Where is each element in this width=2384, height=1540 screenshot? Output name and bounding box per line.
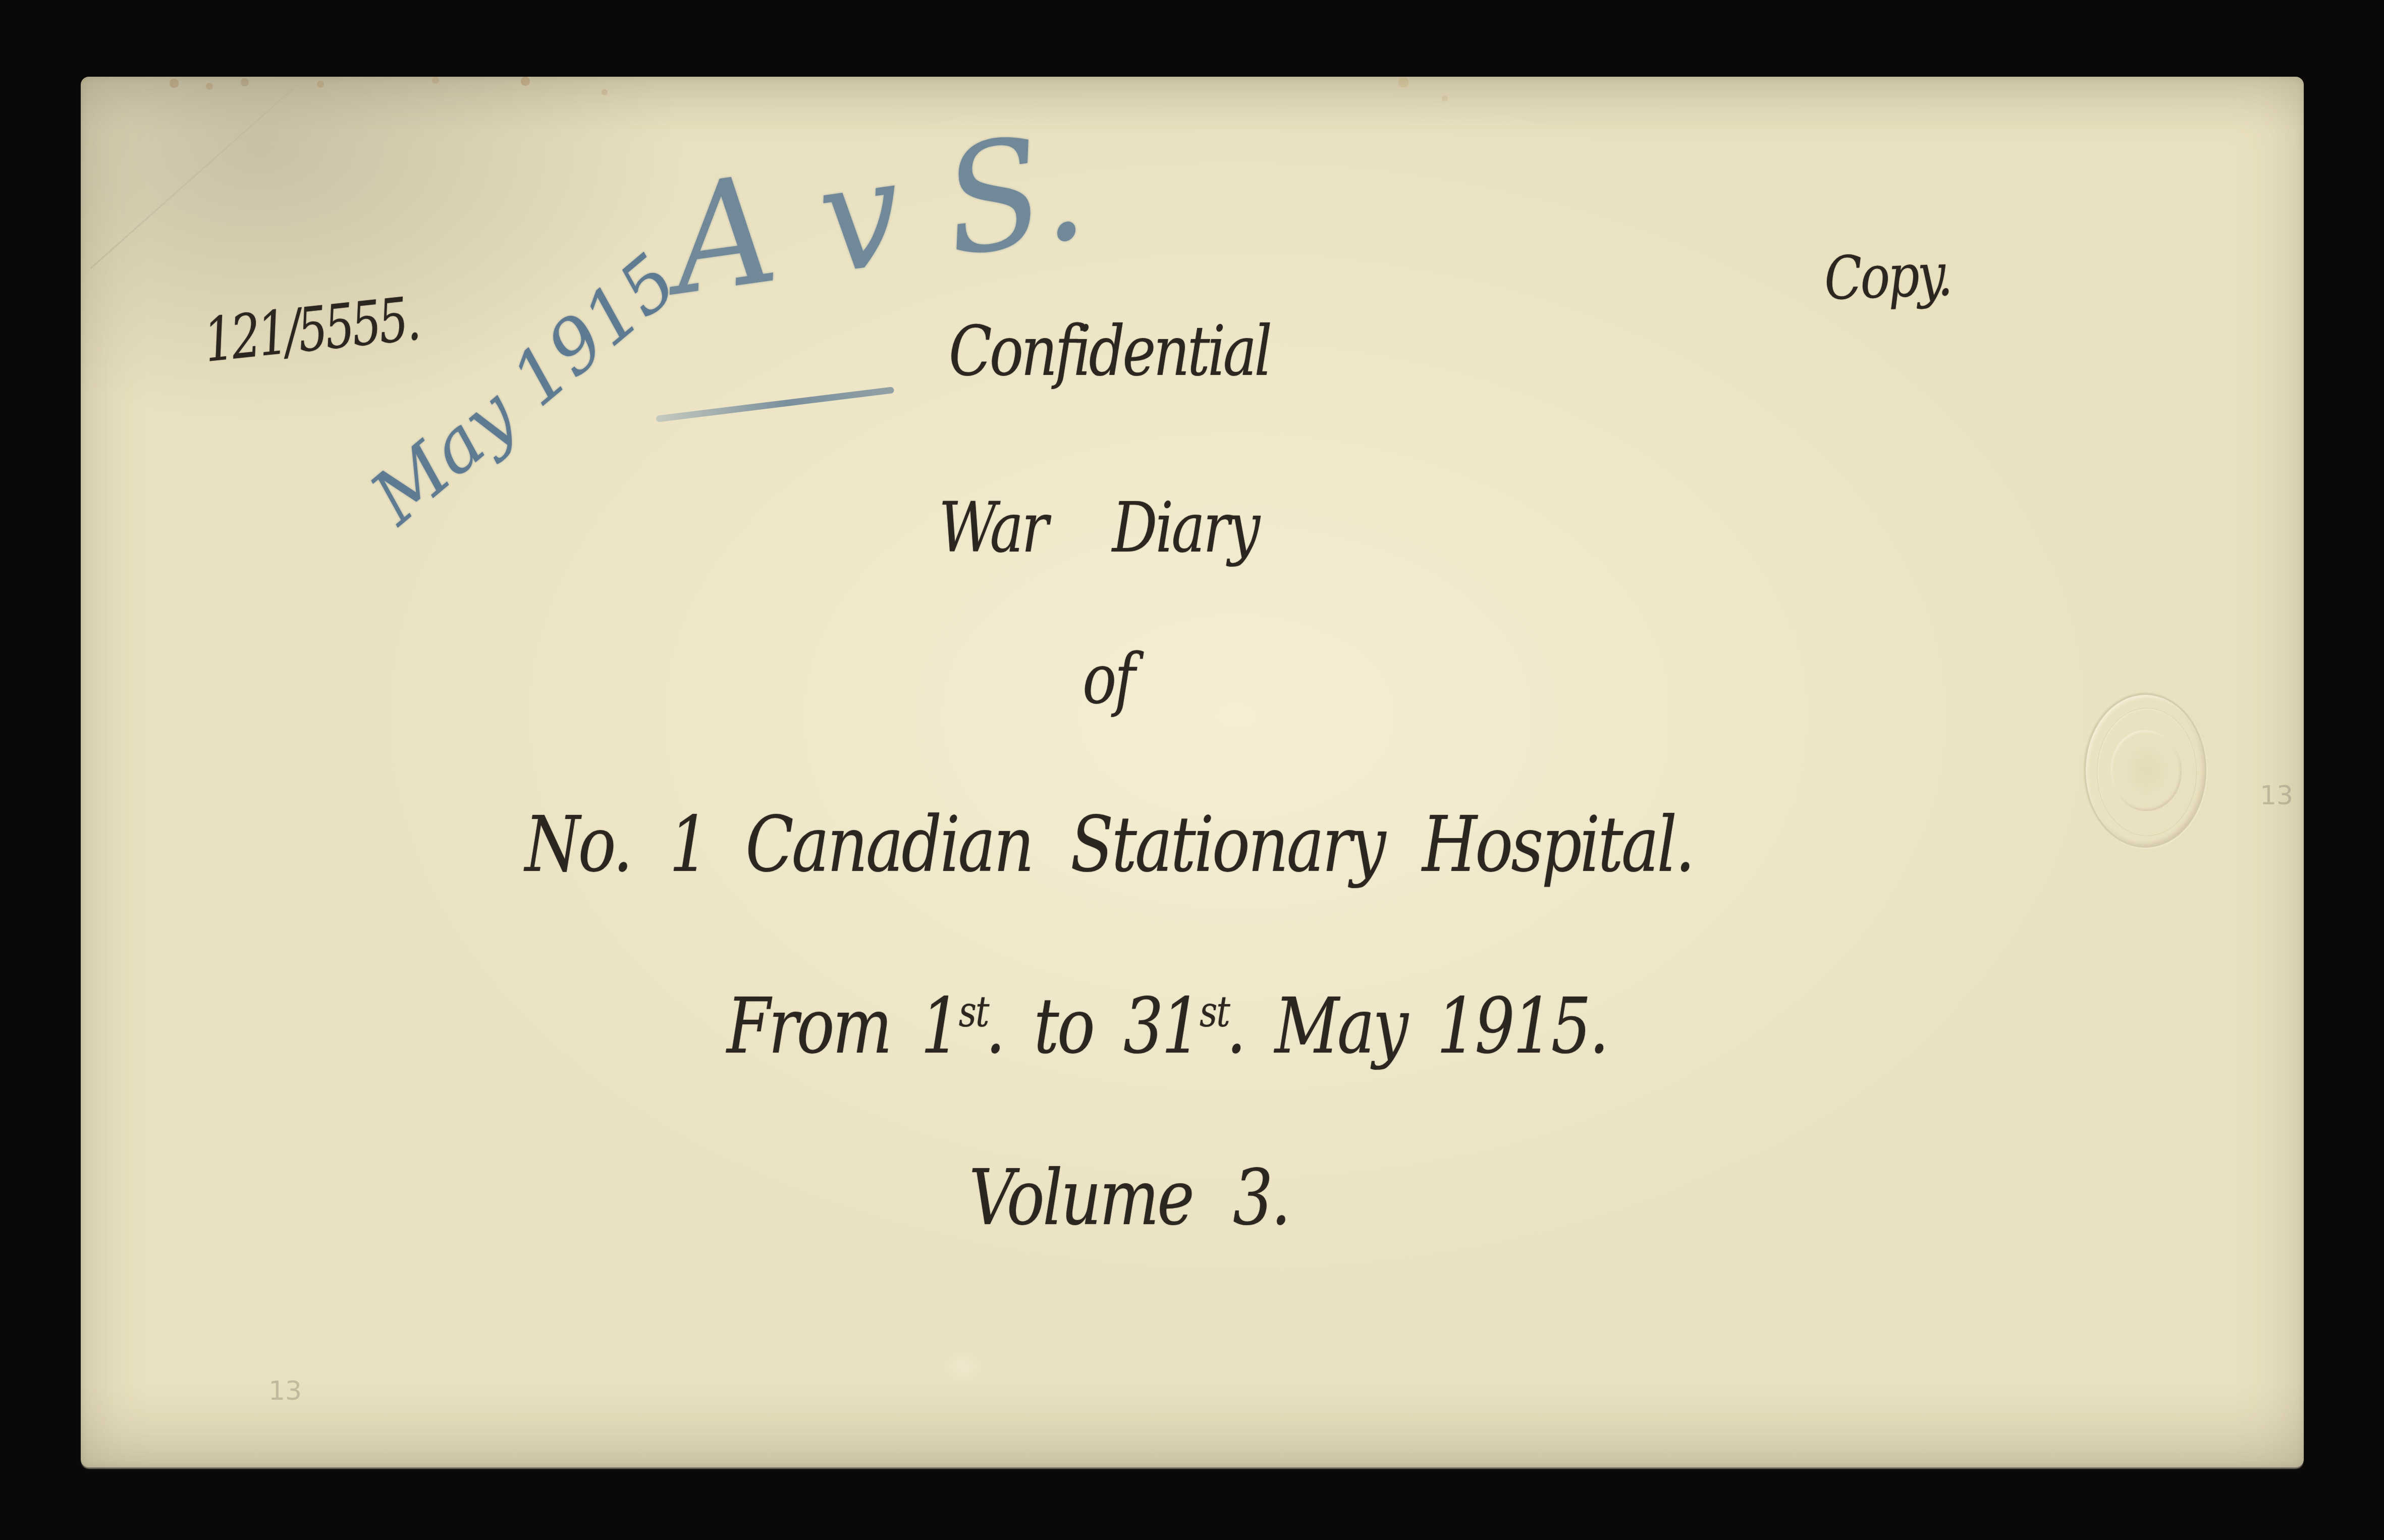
pencil-underline (656, 387, 894, 422)
copy-label: Copy. (1823, 240, 1952, 313)
date-day1: 1st. (920, 982, 1003, 1071)
embossed-royal-seal-icon (2084, 693, 2206, 848)
seal-crest (2111, 730, 2182, 811)
pencil-initials-annotation: A v S. (661, 100, 1096, 328)
date-range-line: From 1st. to 31st. May 1915. (727, 982, 1607, 1071)
reference-number: 121/5555. (201, 284, 421, 376)
document-paper: 121/5555. May 1915 A v S. Copy. Confiden… (81, 77, 2304, 1467)
confidential-heading: Confidential (949, 312, 1270, 392)
date-year: 1915. (1437, 982, 1607, 1071)
war-diary-title: War Diary (939, 488, 1258, 569)
date-day1-ordinal: st (959, 987, 989, 1037)
volume-word: Volume (969, 1153, 1193, 1243)
date-day1-period: . (986, 982, 1004, 1071)
date-day2: 31st. (1123, 982, 1244, 1071)
date-day1-number: 1 (920, 982, 959, 1071)
faint-archival-mark: 13 (2260, 781, 2293, 811)
paper-smudge (939, 1348, 987, 1385)
paper-crease (90, 83, 300, 269)
volume-number: 3. (1233, 1153, 1289, 1243)
date-day2-ordinal: st (1200, 987, 1229, 1037)
date-month-word: May (1275, 982, 1406, 1071)
of-word: of (1082, 640, 1133, 720)
date-to-word: to (1034, 982, 1093, 1071)
page-background: 121/5555. May 1915 A v S. Copy. Confiden… (0, 0, 2384, 1540)
diary-word: Diary (1112, 488, 1258, 569)
war-word: War (939, 488, 1047, 569)
date-day2-number: 31 (1123, 982, 1200, 1071)
volume-line: Volume 3. (969, 1153, 1289, 1243)
foxing-spots (81, 77, 84, 80)
unit-title-line: No. 1 Canadian Stationary Hospital. (525, 800, 1693, 890)
date-from-word: From (727, 982, 890, 1071)
faint-archival-mark: 13 (268, 1376, 302, 1406)
date-day2-period: . (1226, 982, 1244, 1071)
pencil-date-annotation: May 1915 (355, 238, 693, 540)
